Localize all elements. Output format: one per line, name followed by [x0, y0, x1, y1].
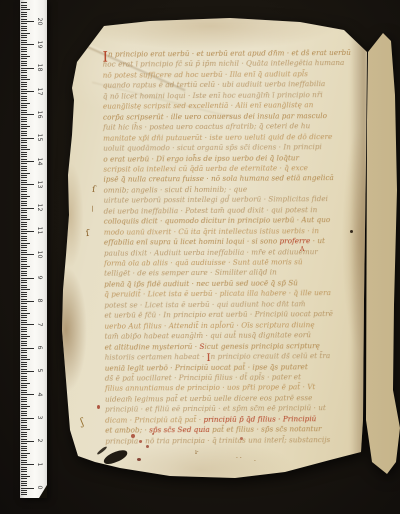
- ink-spot: [152, 433, 154, 435]
- margin-mark: ·: [254, 459, 256, 465]
- manuscript-line: colloquiis dicit · quomodo dicitur in pr…: [104, 215, 331, 226]
- manuscript-line: potest se · Licet ista ē uerbū · qui aud…: [104, 299, 305, 309]
- manuscript-photo: 01234567891011121314151617181920 In prin…: [0, 0, 400, 514]
- manuscript-line: scripsit oīa intellexi cū q̄dā uerba de …: [103, 163, 308, 173]
- manuscript-line: ds̄ ē pat̄ uocillaret · Principiū filius…: [105, 372, 301, 382]
- manuscript-line: o erat uerbū · Dī ergo ioh̄s de ipso uer…: [103, 153, 299, 163]
- manuscript-line: formā oīa ab aliis · quā audiuisse · Sun…: [104, 257, 303, 267]
- manuscript-line: hoc erat ī principio fc̄ sū p̄ ip̄m nich…: [103, 58, 345, 69]
- manuscript-line: uoluit quodāmodo · sicut organū sp̄s sc̄…: [103, 142, 322, 153]
- manuscript-line: fuit hic ih̄s · postea uero coactus afra…: [103, 121, 310, 131]
- manuscript-line: dei uerba ineffabilia · Potest tam̄ quod…: [104, 205, 318, 215]
- manuscript-line: nō potest sufficere ad hoc uerbū · Illa …: [103, 69, 308, 79]
- margin-mark: A: [300, 247, 304, 253]
- manuscript-line: ipsē q̄ nulla creatura fuisse · nō sola …: [103, 173, 333, 184]
- manuscript-line: uideam̄ legimus pat̄ et uerbū uelle dice…: [105, 393, 313, 403]
- manuscript-line: telligēt · de eis semper aure · Similite…: [104, 268, 277, 278]
- manuscript-line: ueniā legīt uerbō · Principiū uocat pat̄…: [105, 362, 308, 372]
- manuscript-line: effabilia enī supra ū licet homini loqui…: [104, 236, 325, 247]
- margin-mark: ı·: [195, 450, 199, 456]
- manuscript-line: omnib; angelis · sicut dī hominib; · que: [103, 185, 247, 195]
- ink-spot: [146, 445, 149, 448]
- manuscript-line: paulus dixit · Audiuit uerba ineffabilia…: [104, 247, 318, 257]
- manuscript-page: In principio erat uerbū · et uerbū erat …: [0, 0, 400, 514]
- manuscript-line: et altitudine mysteriorū · Sicut genesis…: [105, 341, 320, 352]
- manuscript-line: q̄ nō licet homini loqui · Iste enī hoc …: [103, 90, 323, 101]
- manuscript-line: et uerbū ē fc̄ū · In principio erat uerb…: [104, 309, 333, 320]
- manuscript-line: tam̄ abip̄o habeat euanḡlm̄ · qui aut̄ n…: [105, 330, 311, 340]
- ink-spot: [131, 434, 135, 438]
- manuscript-page-wrap: In principio erat uerbū · et uerbū erat …: [0, 0, 400, 514]
- manuscript-line: manitate xp̄i dn̄i putauerūt · iste uero…: [103, 132, 332, 143]
- manuscript-line: modo uanū dixerit · Cū ita q̄rit intelle…: [104, 226, 319, 237]
- manuscript-line: quando raptus ē ad tertiū celū · ubi aud…: [103, 79, 326, 90]
- manuscript-line: uerbo Aut filius · Attendit̄ in apl̄orū …: [104, 320, 314, 330]
- manuscript-line: filius annuntiamus de principio · uos pr…: [105, 383, 316, 393]
- manuscript-line: uirtute uerborū possit intellegi gd̄ uer…: [104, 194, 328, 205]
- manuscript-text-block: In principio erat uerbū · et uerbū erat …: [0, 0, 400, 514]
- manuscript-line: principiū · et filiū eē principiū · et s…: [105, 403, 326, 414]
- ink-spot: [240, 437, 243, 440]
- ink-spot: [137, 458, 141, 461]
- manuscript-line: dicam · Principiū atq̄ pat̄ · principiū …: [105, 414, 316, 424]
- margin-mark: · ·: [236, 456, 242, 462]
- ink-spot: [139, 440, 142, 443]
- ink-spot: [97, 405, 100, 409]
- ink-spot: [350, 230, 353, 233]
- manuscript-line: plenā q̄ ip̄s fidē audiuit · nec uerbū s…: [104, 278, 298, 288]
- manuscript-line: corp̄a scripserūt · ille uero conuersus …: [103, 111, 327, 122]
- manuscript-line: et ambob; · sp̄s sc̄s Sed quia pat̄ et f…: [105, 424, 321, 435]
- manuscript-line: euanḡlistę scripsit sed excellentiā · Al…: [103, 100, 313, 110]
- manuscript-line: q̄ peruidit̄ · Licet ista ē uerbū · plic…: [104, 288, 331, 299]
